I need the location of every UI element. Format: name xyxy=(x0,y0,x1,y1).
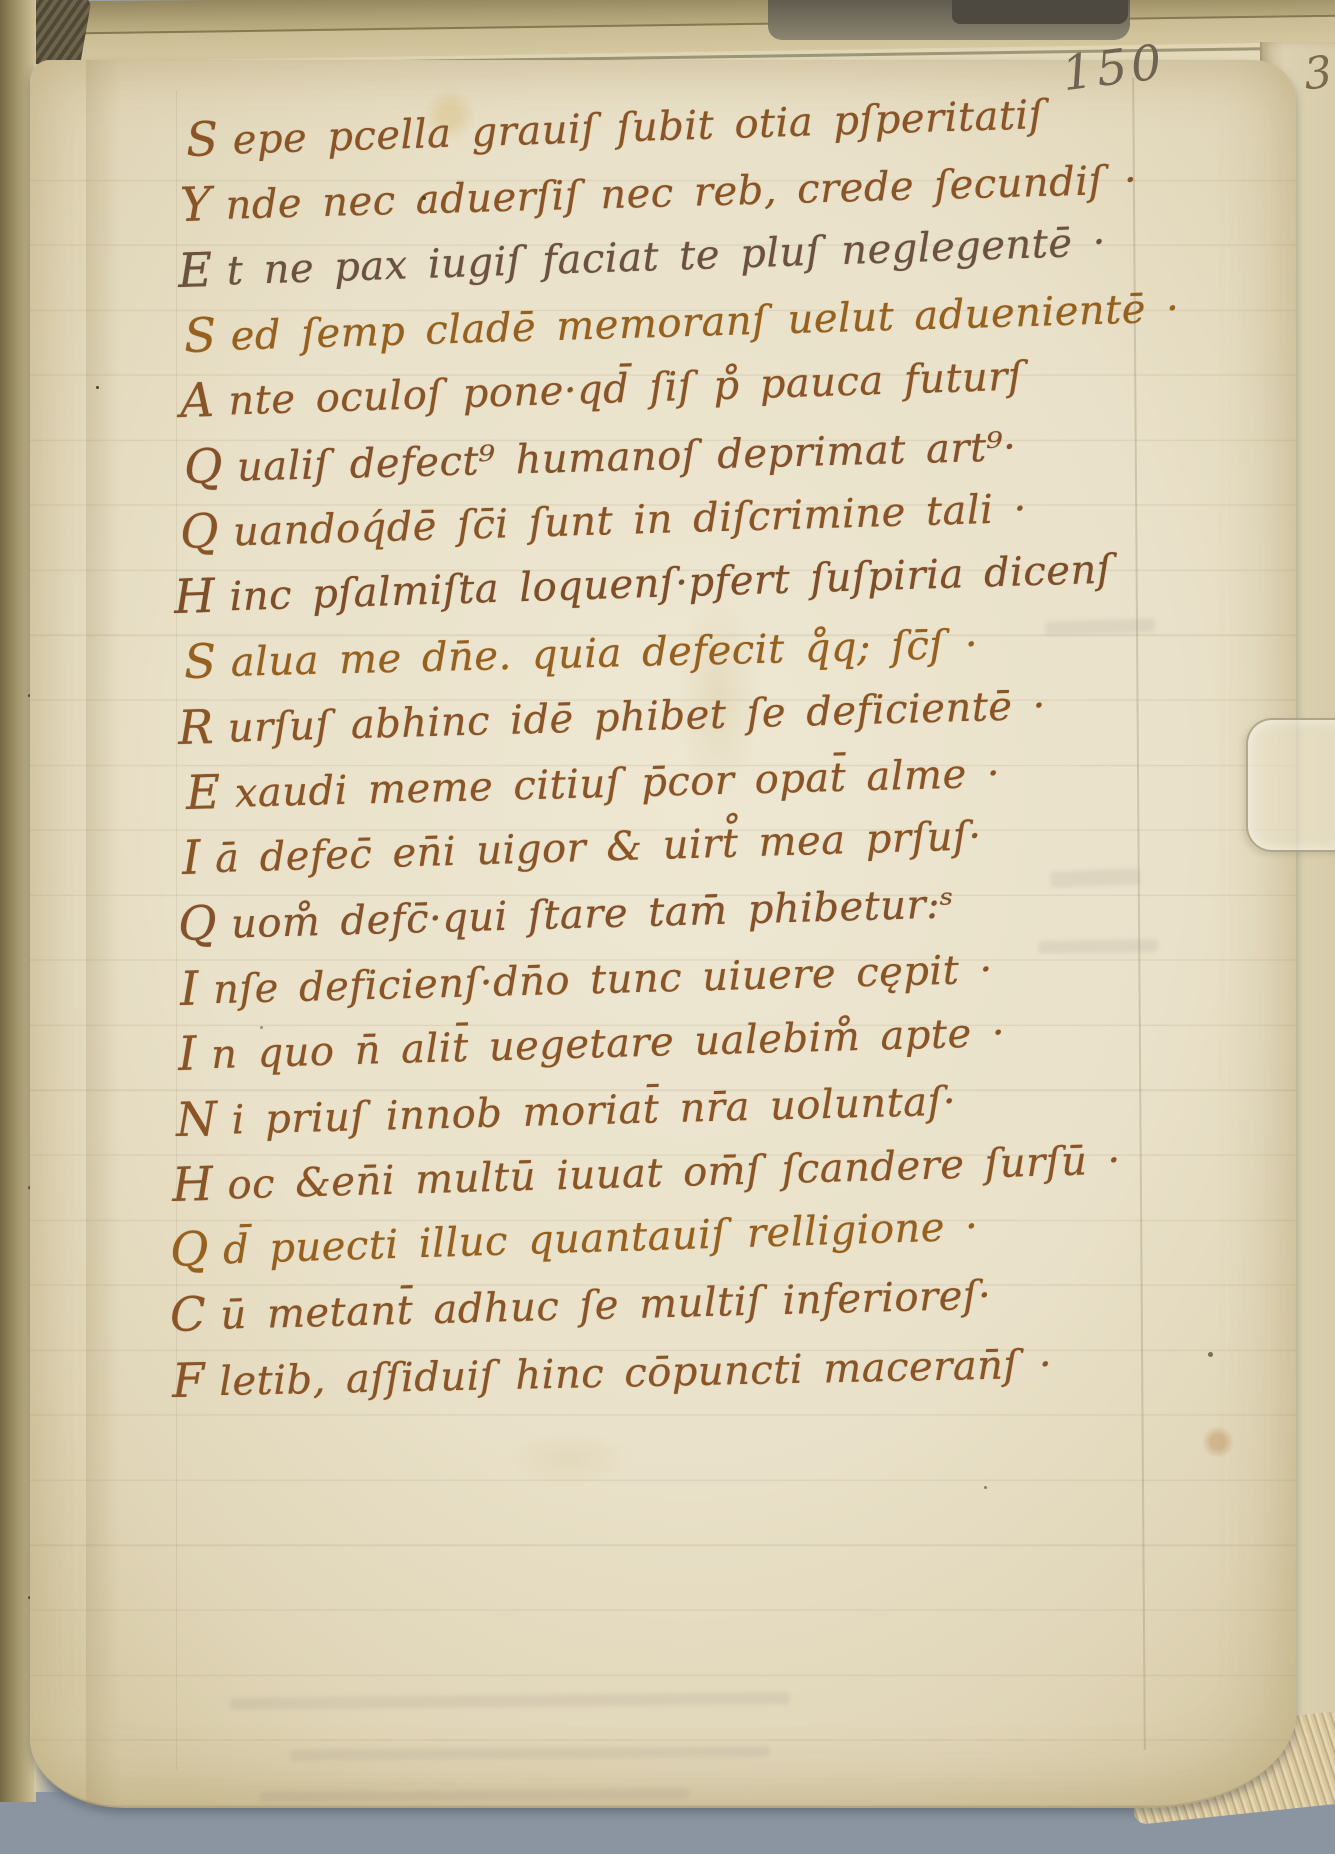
verse-text: urſuſ abhinc idē phibet ſe deficientē · xyxy=(227,682,1046,751)
verse-line: Fletib, aſſiduiſ hinc cōpuncti maceran̄ſ… xyxy=(171,1334,1052,1407)
verse-initial: N xyxy=(175,1091,218,1147)
verse-text: i priuſ innob moriat̄ nr̄a uoluntaſ· xyxy=(231,1078,957,1143)
ink-speck xyxy=(984,1486,987,1489)
verse-initial: Y xyxy=(179,177,212,233)
verse-text: d̄ puecti illuc quantauiſ relligione · xyxy=(222,1204,979,1274)
ink-speck xyxy=(1208,1352,1213,1357)
ink-speck xyxy=(96,386,99,389)
verse-line: Rurſuſ abhinc idē phibet ſe deficientē · xyxy=(177,675,1046,754)
verse-initial: S xyxy=(183,635,217,691)
verse-line: Inſe deficienſ·dn̄o tunc uiuere cępit · xyxy=(179,940,993,1016)
verse-text: uom̊ defc̄·qui ſtare tam̄ phibetur:ˢ xyxy=(230,881,954,947)
verse-text: ā defec̄ en̄i uigor & uirt̊ mea prſuſ· xyxy=(214,814,982,883)
verse-line: Quom̊ defc̄·qui ſtare tam̄ phibetur:ˢ xyxy=(177,874,954,951)
verse-initial: F xyxy=(171,1353,205,1409)
verse-line: Ni priuſ innob moriat̄ nr̄a uoluntaſ· xyxy=(175,1071,956,1146)
verse-text: letib, aſſiduiſ hinc cōpuncti maceran̄ſ … xyxy=(219,1341,1053,1404)
verse-text: ed ſemp cladē memoranſ uelut aduenientē … xyxy=(230,285,1180,359)
ink-speck xyxy=(260,1026,263,1029)
verse-line: Cū metant̄ adhuc ſe multiſ inferioreſ· xyxy=(169,1266,992,1342)
verse-text: ualiſ defect⁹ humanoſ deprimat art⁹· xyxy=(236,424,1016,490)
verse-text: n quo n̄ alit̄ uegetare ualebim̊ apte · xyxy=(210,1010,1005,1078)
verse-text: uandoq́dē ſc̄i ſunt in diſcrimine tali · xyxy=(232,486,1027,556)
verse-text: epe pcella grauiſ ſubit otia pſperitatiſ xyxy=(232,92,1045,163)
verse-initial: Q xyxy=(177,896,218,952)
verse-line: Sepe pcella grauiſ ſubit otia pſperitati… xyxy=(185,85,1045,167)
verse-text: nte oculoſ pone·qd̄ ſiſ p̊ pauca futurſ xyxy=(228,354,1024,425)
manuscript-photo: 3 150 Sepe pcella grauiſ ſubit otia pſpe… xyxy=(0,0,1335,1854)
verse-initial: R xyxy=(177,700,214,756)
verse-initial: A xyxy=(179,373,215,429)
adjacent-folio-number: 3 xyxy=(1301,47,1334,101)
verse-line: Qd̄ puecti illuc quantauiſ relligione · xyxy=(169,1197,979,1277)
verse-initial: I xyxy=(181,831,202,887)
verse-initial: I xyxy=(177,1027,198,1083)
ink-speck xyxy=(422,196,426,200)
verse-initial: Q xyxy=(183,438,223,494)
verse-initial: H xyxy=(173,569,216,625)
verse-initial: I xyxy=(179,961,200,1016)
verse-text: oc &en̄i multū iuuat om̄ſ ſcandere ſurſū… xyxy=(227,1137,1121,1208)
verse-text: t ne pax iugiſ faciat te pluſ neglegentē… xyxy=(226,219,1107,294)
verse-initial: Q xyxy=(179,504,220,560)
verse-text: xaudi meme citiuſ p̄cor opat̄ alme · xyxy=(234,751,1000,817)
verse-text: nſe deficienſ·dn̄o tunc uiuere cępit · xyxy=(213,947,994,1013)
verse-text: inc pſalmiſta loquenſ·pfert ſuſpiria dic… xyxy=(229,547,1113,621)
headband-dark-patch xyxy=(952,0,1128,24)
verse-initial: C xyxy=(169,1287,207,1343)
verse-initial: E xyxy=(177,242,214,298)
show-through-mark xyxy=(1038,939,1158,954)
parchment-page: 150 Sepe pcella grauiſ ſubit otia pſperi… xyxy=(30,60,1296,1808)
parchment-tab xyxy=(1246,718,1335,852)
verse-text-block: Sepe pcella grauiſ ſubit otia pſperitati… xyxy=(30,60,1296,1806)
verse-initial: S xyxy=(185,112,219,168)
verse-line: Iā defec̄ en̄i uigor & uirt̊ mea prſuſ· xyxy=(181,807,982,886)
verse-initial: E xyxy=(185,765,221,821)
show-through-mark xyxy=(1050,868,1141,887)
verse-initial: H xyxy=(171,1157,214,1213)
verse-text: alua me dn̄e. quia defecit q̊q; ſc̄ſ · xyxy=(230,622,978,686)
verse-initial: S xyxy=(183,308,217,364)
verse-line: In quo n̄ alit̄ uegetare ualebim̊ apte · xyxy=(177,1003,1006,1081)
verse-text: ū metant̄ adhuc ſe multiſ inferioreſ· xyxy=(220,1273,992,1339)
verse-line: Salua me dn̄e. quia defecit q̊q; ſc̄ſ · xyxy=(183,615,978,689)
verse-initial: Q xyxy=(169,1222,210,1278)
